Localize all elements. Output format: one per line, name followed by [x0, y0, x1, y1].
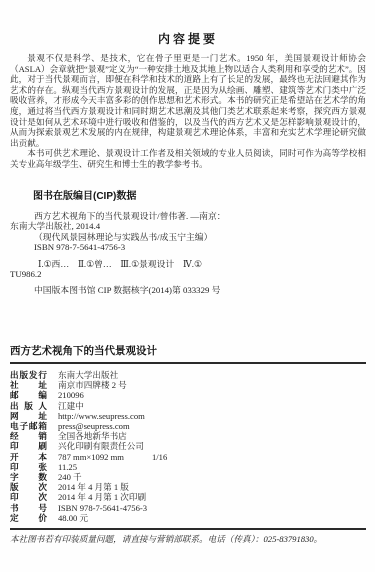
abstract-section: 内容提要 景观不仅是科学、是技术，它在骨子里更是一门艺术。1950 年，美国景观…	[10, 30, 366, 170]
table-row-publisher-person: 出版人 江建中	[10, 401, 366, 411]
row-value: 江建中	[58, 401, 84, 411]
row-value: press@seupress.com	[58, 421, 130, 431]
row-label: 出版发行	[10, 370, 47, 380]
row-label: 印次	[10, 492, 47, 502]
row-label: 开本	[10, 452, 47, 462]
row-label: 经销	[10, 431, 47, 441]
cip-series-line: （现代风景园林理论与实践丛书/成玉宁主编）	[34, 232, 366, 242]
row-value: 2014 年 4 月第 1 次印刷	[58, 492, 146, 502]
table-row-address: 社址 南京市四牌楼 2 号	[10, 380, 366, 390]
row-value: 787 mm×1092 mm	[58, 452, 124, 462]
cip-heading: 图书在版编目(CIP)数据	[33, 187, 366, 202]
cip-classification-code: TU986.2	[10, 269, 366, 279]
table-row-distribution: 经销 全国各地新华书店	[10, 431, 366, 441]
quality-note: 本社图书若有印装质量问题，请直接与营销部联系。电话（传真）：025-837918…	[10, 534, 366, 545]
abstract-paragraph-1: 景观不仅是科学、是技术，它在骨子里更是一门艺术。1950 年，美国景观设计师协会…	[10, 53, 366, 148]
row-label: 印刷	[10, 441, 47, 451]
row-label: 版次	[10, 482, 47, 492]
cip-record-number-line: 中国版本图书馆 CIP 数据核字(2014)第 033329 号	[34, 285, 366, 295]
row-value: 东南大学出版社	[58, 370, 118, 380]
row-label: 社址	[10, 380, 47, 390]
row-value: ISBN 978-7-5641-4756-3	[58, 503, 147, 513]
table-row-postcode: 邮编 210096	[10, 390, 366, 400]
table-row-email: 电子邮箱 press@seupress.com	[10, 421, 366, 431]
row-value: 210096	[58, 390, 84, 400]
row-value: 兴化印刷有限责任公司	[58, 441, 144, 451]
cip-isbn-line: ISBN 978-7-5641-4756-3	[34, 242, 366, 252]
row-value: http://www.seupress.com	[58, 411, 145, 421]
table-row-sheets: 印张 11.25	[10, 462, 366, 472]
row-value: 2014 年 4 月第 1 版	[58, 482, 129, 492]
row-value: 11.25	[58, 462, 77, 472]
row-label: 出版人	[10, 401, 47, 411]
cip-publisher-line: 东南大学出版社, 2014.4	[10, 221, 366, 231]
abstract-paragraph-2: 本书可供艺术理论、景观设计工作者及相关领域的专业人员阅读，同时可作为高等学校相关…	[10, 148, 366, 169]
row-label: 印张	[10, 462, 47, 472]
table-row-isbn: 书号 ISBN 978-7-5641-4756-3	[10, 503, 366, 513]
row-value: 南京市四牌楼 2 号	[58, 380, 127, 390]
book-title: 西方艺术视角下的当代景观设计	[10, 343, 366, 358]
table-row-publisher: 出版发行 东南大学出版社	[10, 370, 366, 380]
table-row-wordcount: 字数 240 千	[10, 472, 366, 482]
colophon-section: 西方艺术视角下的当代景观设计 出版发行 东南大学出版社 社址 南京市四牌楼 2 …	[10, 343, 366, 545]
row-label: 邮编	[10, 390, 47, 400]
row-label: 定价	[10, 513, 47, 523]
table-row-website: 网址 http://www.seupress.com	[10, 411, 366, 421]
row-value: 48.00 元	[58, 513, 88, 523]
row-label: 电子邮箱	[10, 421, 47, 431]
row-value: 240 千	[58, 472, 82, 482]
abstract-heading: 内容提要	[10, 30, 366, 47]
table-row-price: 定价 48.00 元	[10, 513, 366, 523]
cip-section: 图书在版编目(CIP)数据 西方艺术视角下的当代景观设计/曾伟著. —南京： 东…	[10, 187, 366, 296]
row-label: 书号	[10, 503, 47, 513]
table-row-impression: 印次 2014 年 4 月第 1 次印刷	[10, 492, 366, 502]
title-divider	[10, 362, 366, 364]
table-row-printer: 印刷 兴化印刷有限责任公司	[10, 441, 366, 451]
cip-title-author-line: 西方艺术视角下的当代景观设计/曾伟著. —南京：	[34, 211, 366, 221]
row-label: 字数	[10, 472, 47, 482]
book-copyright-page: 内容提要 景观不仅是科学、是技术，它在骨子里更是一门艺术。1950 年，美国景观…	[0, 0, 375, 572]
table-row-edition: 版次 2014 年 4 月第 1 版	[10, 482, 366, 492]
table-row-format: 开本 787 mm×1092 mm 1/16	[10, 452, 366, 462]
footer-divider	[10, 528, 366, 530]
row-value-extra: 1/16	[152, 452, 167, 462]
row-value: 全国各地新华书店	[58, 431, 127, 441]
cip-classification-line: Ⅰ.①西… Ⅱ.①曾… Ⅲ.①景观设计 Ⅳ.①	[38, 259, 366, 269]
publication-info-table: 出版发行 东南大学出版社 社址 南京市四牌楼 2 号 邮编 210096 出版人…	[10, 370, 366, 523]
row-label: 网址	[10, 411, 47, 421]
